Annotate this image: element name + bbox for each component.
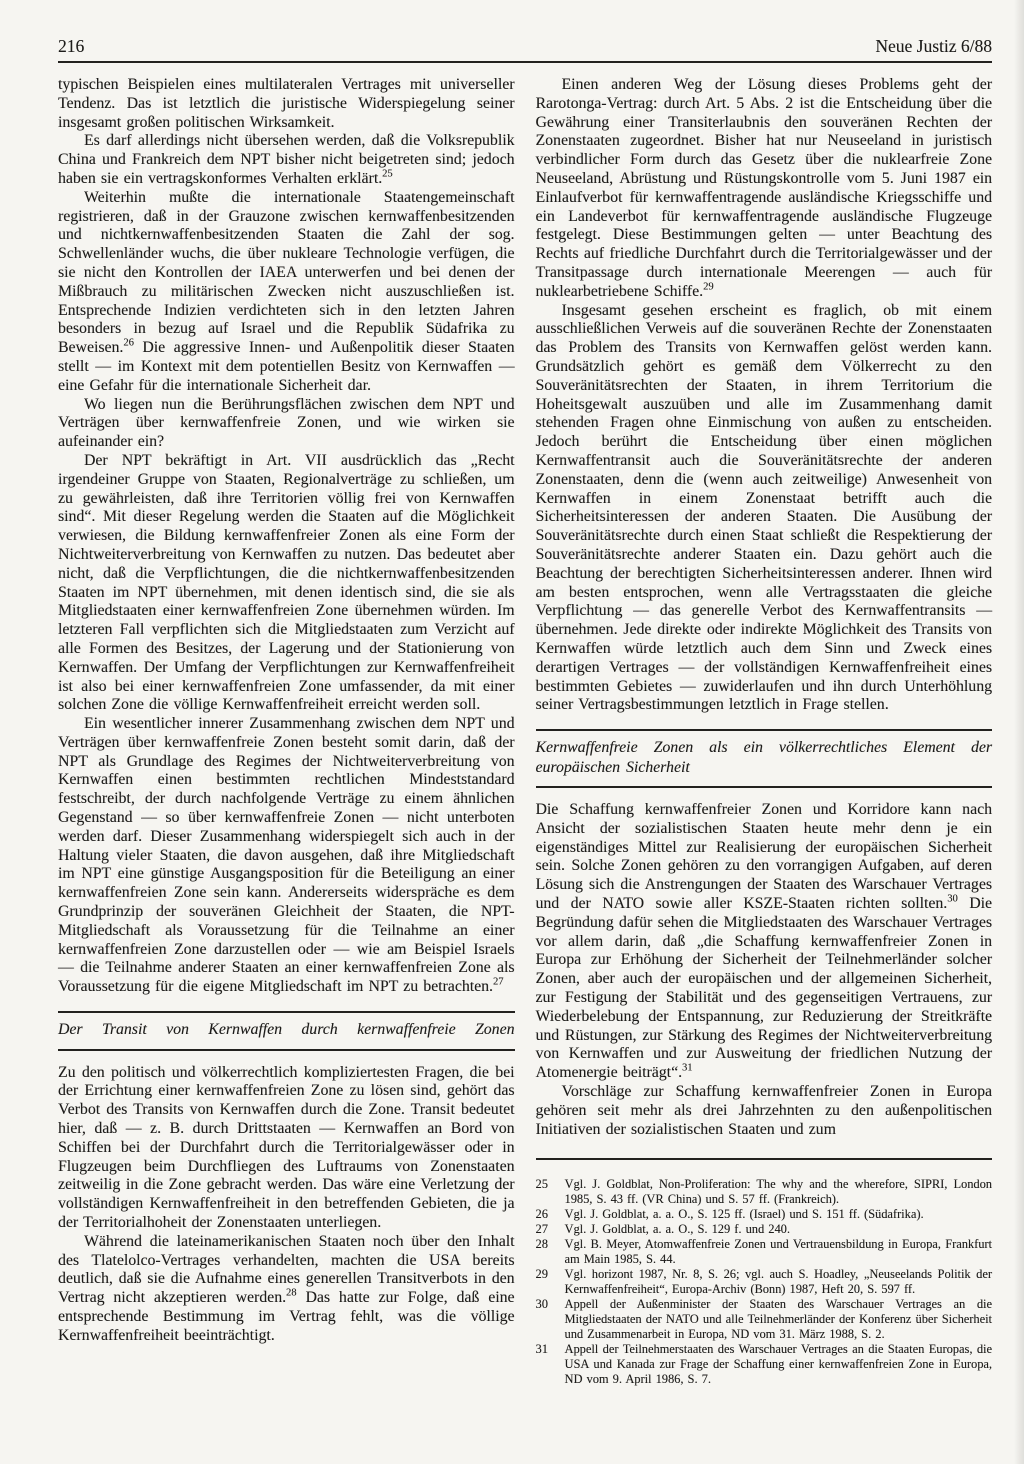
footnote-ref: 27 <box>493 977 504 988</box>
header-rule <box>58 61 992 63</box>
footnote-text: Vgl. J. Goldblat, a. a. O., S. 129 f. un… <box>565 1222 993 1237</box>
journal-title: Neue Justiz 6/88 <box>875 36 992 56</box>
footnote-item: 28 Vgl. B. Meyer, Atomwaffenfreie Zonen … <box>536 1237 993 1267</box>
footnote-item: 26 Vgl. J. Goldblat, a. a. O., S. 125 ff… <box>536 1207 993 1222</box>
footnote-text: Vgl. B. Meyer, Atomwaffenfreie Zonen und… <box>565 1237 993 1267</box>
journal-page-scan: 216 Neue Justiz 6/88 typischen Beispiele… <box>0 0 1024 1464</box>
footnote-number: 30 <box>536 1297 565 1342</box>
footnote-ref: 30 <box>947 894 958 905</box>
footnotes-section: 25 Vgl. J. Goldblat, Non-Proliferation: … <box>536 1160 993 1387</box>
footnote-number: 27 <box>536 1222 565 1237</box>
footnote-ref: 26 <box>123 338 134 349</box>
footnote-item: 30 Appell der Außenminister der Staaten … <box>536 1297 993 1342</box>
footnote-item: 27 Vgl. J. Goldblat, a. a. O., S. 129 f.… <box>536 1222 993 1237</box>
footnote-text: Appell der Teilnehmerstaaten des Warscha… <box>565 1342 993 1387</box>
right-column: Einen anderen Weg der Lösung dieses Prob… <box>536 76 993 1387</box>
paragraph: Es darf allerdings nicht übersehen werde… <box>58 132 515 188</box>
paragraph: Der NPT bekräftigt in Art. VII ausdrückl… <box>58 452 515 715</box>
footnote-item: 31 Appell der Teilnehmerstaaten des Wars… <box>536 1342 993 1387</box>
footnote-ref: 29 <box>703 282 714 293</box>
footnote-item: 25 Vgl. J. Goldblat, Non-Proliferation: … <box>536 1177 993 1207</box>
paragraph: typischen Beispielen eines multilaterale… <box>58 76 515 132</box>
paragraph: Vorschläge zur Schaffung kernwaffenfreie… <box>536 1083 993 1139</box>
footnote-ref: 25 <box>382 169 393 180</box>
page-header: 216 Neue Justiz 6/88 <box>58 36 992 56</box>
paragraph: Wo liegen nun die Berührungsflächen zwis… <box>58 396 515 452</box>
paragraph: Während die lateinamerikanischen Staaten… <box>58 1233 515 1346</box>
page-number: 216 <box>58 36 84 56</box>
footnote-text: Appell der Außenminister der Staaten des… <box>565 1297 993 1342</box>
footnote-number: 26 <box>536 1207 565 1222</box>
footnote-number: 31 <box>536 1342 565 1387</box>
footnote-ref: 28 <box>286 1288 297 1299</box>
footnote-item: 29 Vgl. horizont 1987, Nr. 8, S. 26; vgl… <box>536 1267 993 1297</box>
paragraph: Die Schaffung kernwaffenfreier Zonen und… <box>536 801 993 1083</box>
footnote-number: 28 <box>536 1237 565 1267</box>
left-column: typischen Beispielen eines multilaterale… <box>58 76 515 1346</box>
footnote-ref: 31 <box>682 1063 693 1074</box>
paragraph: Weiterhin mußte die internationale Staat… <box>58 189 515 396</box>
footnote-number: 29 <box>536 1267 565 1297</box>
paragraph: Ein wesentlicher innerer Zusammenhang zw… <box>58 715 515 997</box>
text-columns: typischen Beispielen eines multilaterale… <box>58 76 992 1387</box>
section-heading-kwfz-element: Kernwaffenfreie Zonen als ein völkerrech… <box>536 729 993 788</box>
paragraph: Zu den politisch und völkerrechtlich kom… <box>58 1064 515 1233</box>
footnote-text: Vgl. horizont 1987, Nr. 8, S. 26; vgl. a… <box>565 1267 993 1297</box>
paragraph: Einen anderen Weg der Lösung dieses Prob… <box>536 76 993 302</box>
section-heading-transit: Der Transit von Kernwaffen durch kernwaf… <box>58 1011 515 1051</box>
footnote-text: Vgl. J. Goldblat, Non-Proliferation: The… <box>565 1177 993 1207</box>
footnote-number: 25 <box>536 1177 565 1207</box>
paragraph: Insgesamt gesehen erscheint es fraglich,… <box>536 302 993 716</box>
footnote-text: Vgl. J. Goldblat, a. a. O., S. 125 ff. (… <box>565 1207 993 1222</box>
